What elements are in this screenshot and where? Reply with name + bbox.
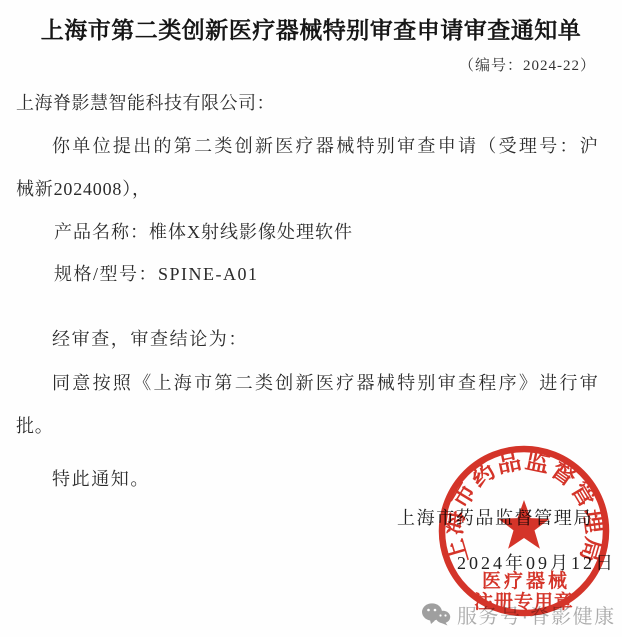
official-seal: 上海市药品监督管理局 医疗器械 注册专用章: [436, 443, 612, 619]
seal-center-line-2: 注册专用章: [474, 590, 574, 613]
product-name-line: 产品名称：椎体X射线影像处理软件: [54, 220, 353, 244]
doc-number: （编号：2024-22）: [459, 54, 596, 75]
notice-line: 特此通知。: [52, 467, 150, 491]
document-title: 上海市第二类创新医疗器械特别审查申请审查通知单: [0, 14, 622, 46]
application-line-1: 你单位提出的第二类创新医疗器械特别审查申请（受理号：沪: [52, 134, 600, 158]
spec-model-line: 规格/型号：SPINE-A01: [54, 262, 259, 286]
seal-center-line-1: 医疗器械: [482, 569, 570, 592]
recipient-line: 上海脊影慧智能科技有限公司：: [16, 91, 275, 115]
review-intro-line: 经审查，审查结论为：: [52, 327, 248, 351]
conclusion-line-2: 批。: [16, 414, 54, 438]
conclusion-line-1: 同意按照《上海市第二类创新医疗器械特别审查程序》进行审: [52, 371, 600, 395]
application-line-2: 械新2024008），: [16, 177, 151, 201]
star-icon: [498, 500, 549, 549]
document-page: 上海市第二类创新医疗器械特别审查申请审查通知单 （编号：2024-22） 上海脊…: [0, 0, 622, 637]
